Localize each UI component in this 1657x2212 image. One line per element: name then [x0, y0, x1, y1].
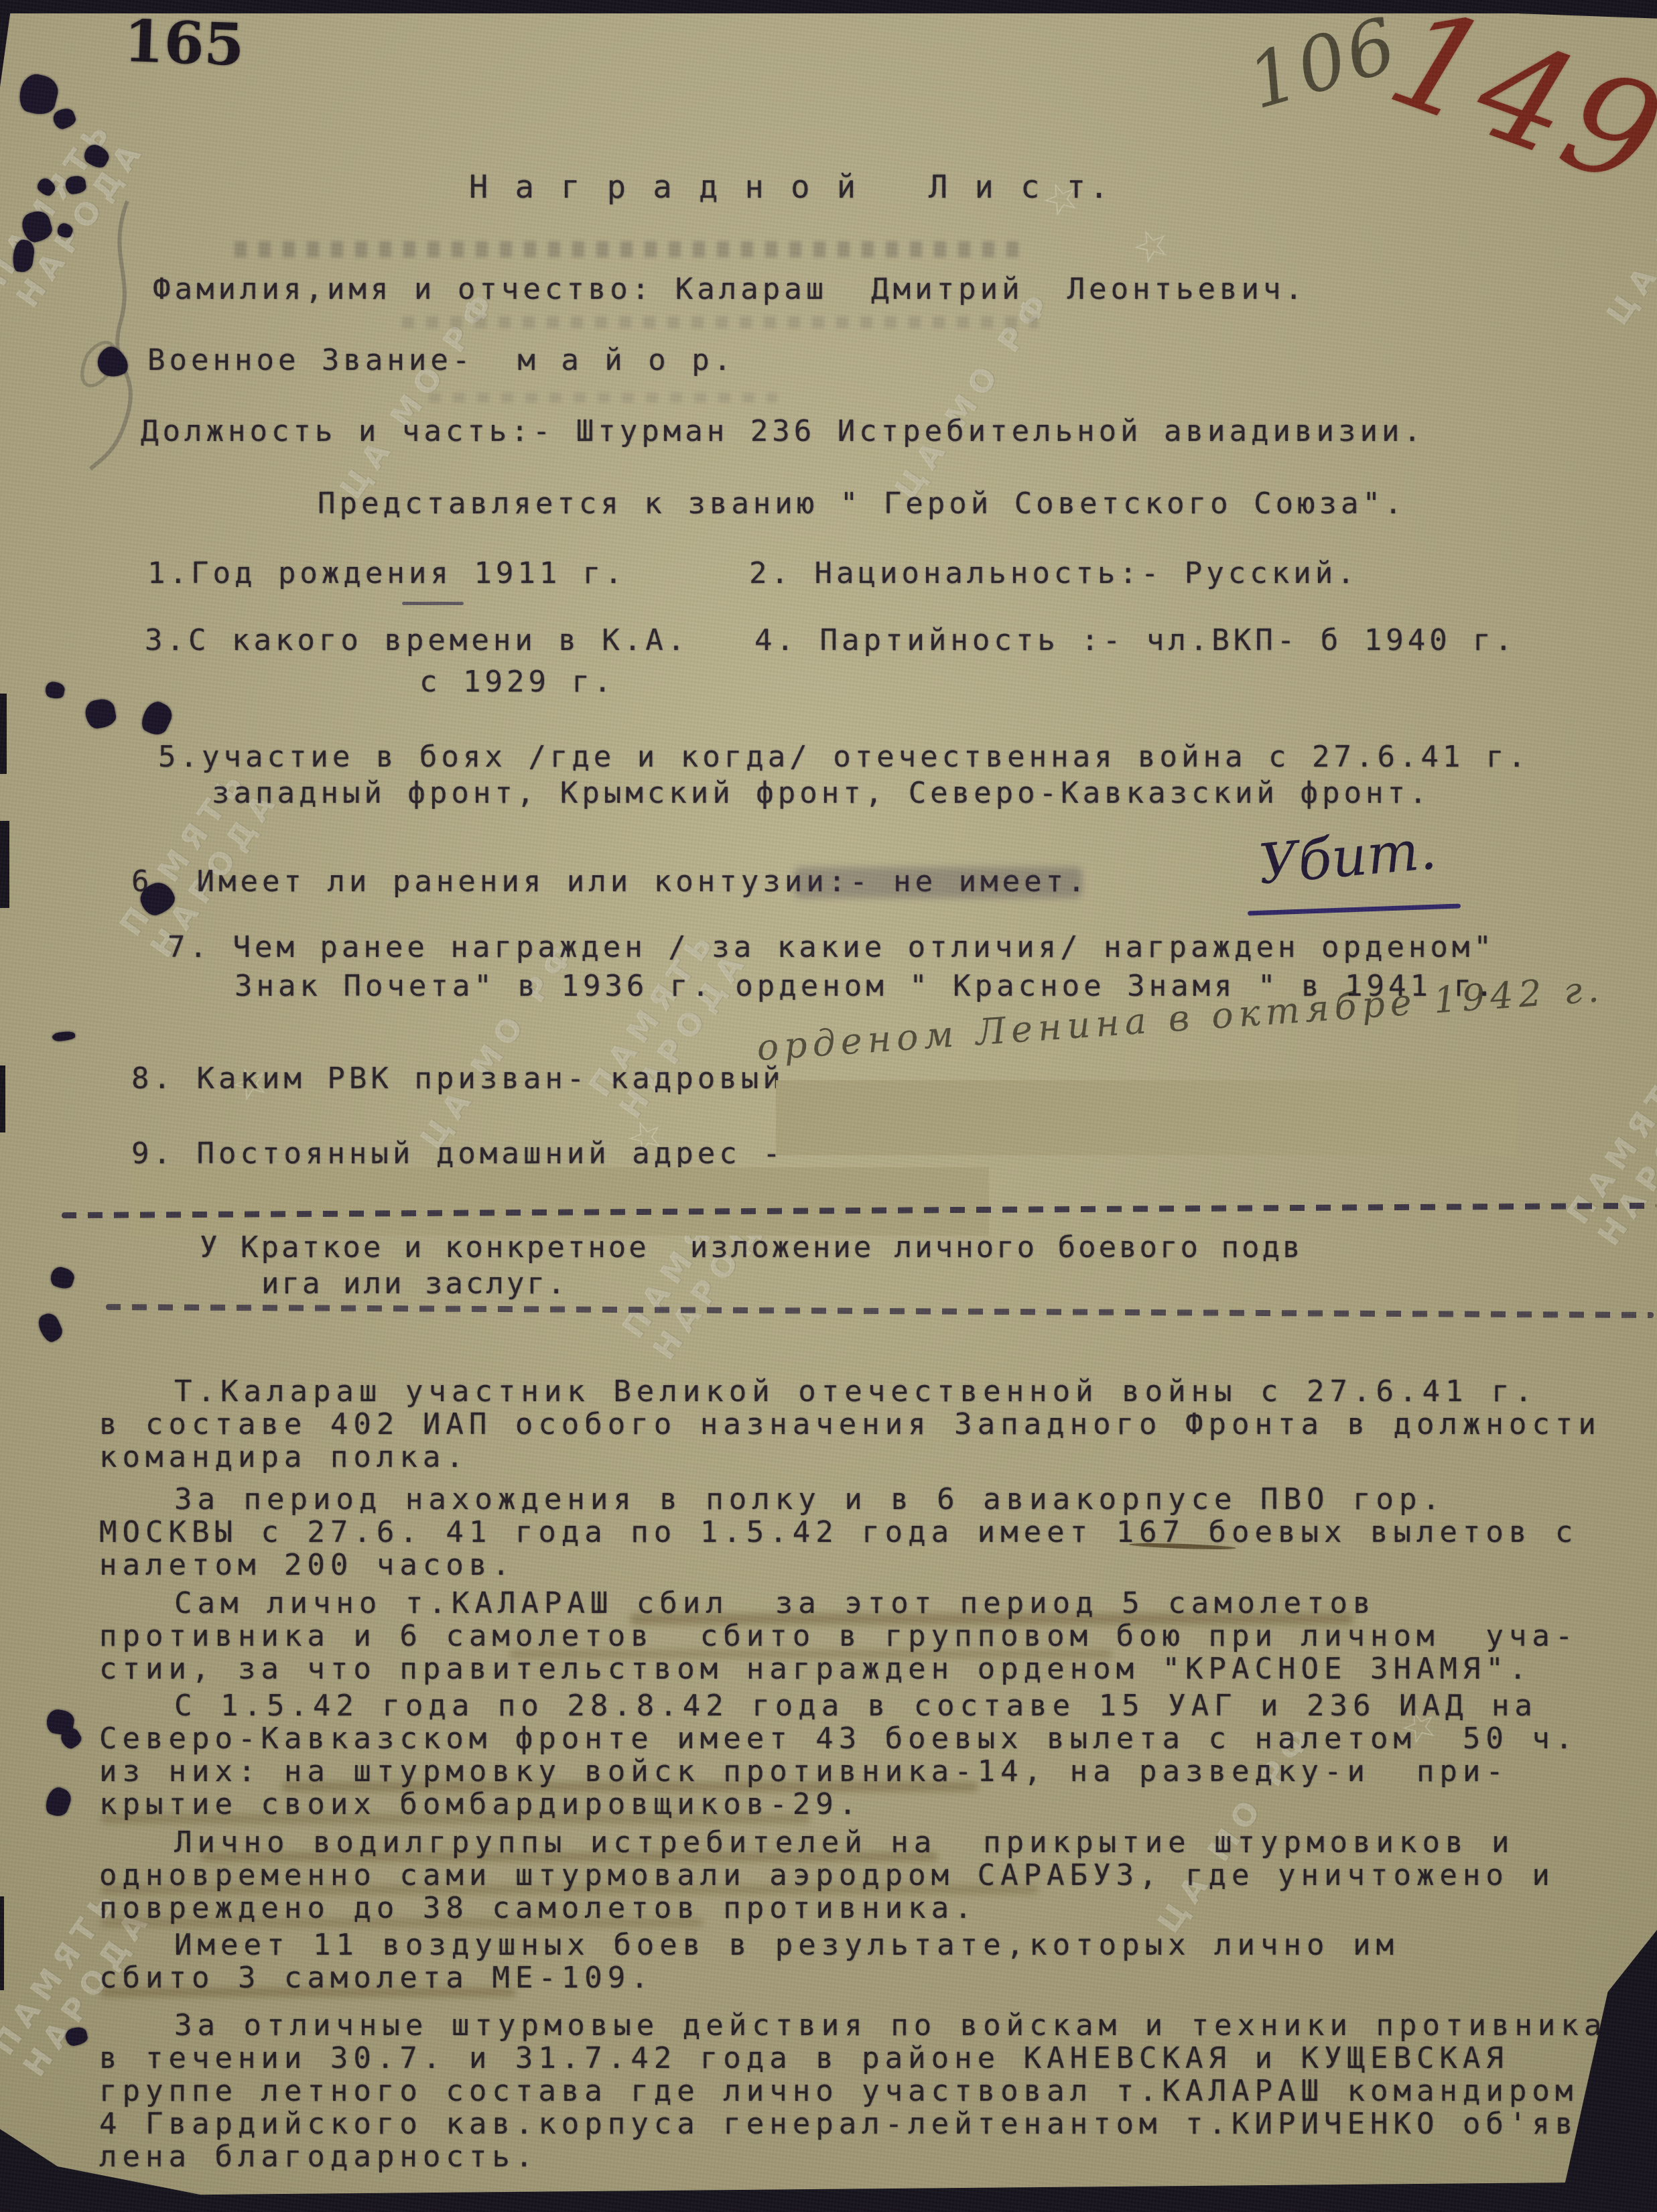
- ink-blot: [52, 1031, 75, 1041]
- redaction-patch: [776, 1080, 1516, 1155]
- scan-edge: [0, 694, 7, 774]
- body-text-line: лена благодарность.: [99, 2140, 1657, 2173]
- body-text-line: в составе 402 ИАП особого назначения Зап…: [99, 1408, 1657, 1441]
- body-text-line: МОСКВЫ с 27.6. 41 года по 1.5.42 года им…: [99, 1516, 1657, 1549]
- paper-stain: [101, 1918, 704, 1927]
- ink-blot: [51, 106, 78, 131]
- paper-stain: [101, 1988, 516, 1996]
- ink-blot: [64, 2026, 89, 2047]
- form-item-party-membership: 4. Партийность :- чл.ВКП- б 1940 г.: [754, 623, 1516, 657]
- scan-edge: [0, 1065, 5, 1132]
- form-item-drafted-by: 8. Каким РВК призван- кадровый.: [131, 1061, 806, 1096]
- body-text-line: командира полка.: [99, 1441, 1657, 1474]
- ink-underline: [1248, 903, 1461, 915]
- form-line-name: Фамилия,имя и отчество: Калараш Дмитрий …: [153, 272, 1307, 306]
- body-text-line: За отличные штурмовые действия по войска…: [99, 2009, 1657, 2042]
- faded-type-smudge: [402, 316, 1039, 328]
- red-page-number: 149: [1372, 0, 1657, 220]
- form-item-nationality: 2. Национальность:- Русский.: [749, 556, 1359, 590]
- watermark-portal: ПАМЯТЬНАРОДА: [0, 109, 153, 314]
- form-item-home-address: 9. Постоянный домашний адрес -: [131, 1136, 785, 1171]
- overstrike-smudge: [794, 867, 1082, 898]
- section-heading-line2: ига или заслуг.: [261, 1266, 568, 1301]
- scanned-award-sheet: ПАМЯТЬНАРОДА ЦА МО РФ ЦА МО РФ ЦА МО РФ …: [0, 0, 1657, 2212]
- paper-stain: [201, 1853, 938, 1861]
- ink-blot: [36, 1311, 65, 1345]
- faded-type-smudge: [429, 393, 777, 403]
- body-text-line: противника и 6 самолетов сбито в группов…: [99, 1620, 1657, 1652]
- body-text-line: в течении 30.7. и 31.7.42 года в районе …: [99, 2042, 1657, 2075]
- section-heading-line1: У Краткое и конкретное изложение личного…: [200, 1230, 1303, 1264]
- body-text-line: Имеет 11 воздушных боев в результате,кот…: [99, 1929, 1657, 1961]
- body-text-line: налетом 200 часов.: [99, 1549, 1657, 1581]
- form-line-rank: Военное Звание- м а й о р.: [147, 343, 735, 377]
- ink-blot: [48, 1264, 76, 1291]
- ink-blot: [64, 175, 86, 195]
- ink-blot: [138, 698, 176, 739]
- paper-stain: [509, 1650, 1112, 1658]
- form-line-submitted-rank: Представляется к званию " Герой Советско…: [318, 486, 1406, 521]
- ink-blot: [81, 141, 112, 171]
- form-item-in-red-army-since-value: с 1929 г.: [419, 665, 615, 699]
- document-title: Н а г р а д н о й Л и с т.: [469, 169, 1112, 206]
- paper-stain: [281, 1782, 978, 1791]
- ink-blot: [92, 342, 132, 383]
- ink-blot: [43, 1784, 74, 1819]
- form-item-combat-participation: 5.участие в боях /где и когда/ отечестве…: [158, 740, 1530, 774]
- form-item-combat-participation-fronts: западный фронт, Крымский фронт, Северо-К…: [212, 776, 1431, 810]
- watermark-portal: ПАМЯТЬНАРОДА: [1559, 1047, 1657, 1252]
- body-text-line: За период нахождения в полку и в 6 авиак…: [99, 1483, 1657, 1516]
- ink-blot: [16, 71, 61, 118]
- dashed-separator: [106, 1304, 1654, 1318]
- combat-record-text: Т.Калараш участник Великой отечественной…: [99, 1375, 1657, 2173]
- form-item-birth-year: 1.Год рождения 1911 г.: [147, 556, 626, 590]
- scan-edge: [0, 821, 9, 908]
- paper-stain: [630, 1614, 1353, 1624]
- body-text-line: Т.Калараш участник Великой отечественной…: [99, 1375, 1657, 1408]
- page-number-stamp: 165: [123, 7, 245, 79]
- body-text-line: группе летного состава где лично участво…: [99, 2075, 1657, 2107]
- watermark-archive: ЦА МО РФ: [888, 281, 1060, 505]
- watermark-portal-line2: НАРОДА: [1591, 1069, 1657, 1252]
- scan-edge: [0, 0, 1657, 13]
- ink-blot: [56, 222, 74, 240]
- paper-stain: [101, 1815, 811, 1823]
- star-watermark-icon: ☆: [1124, 216, 1179, 276]
- form-line-position: Должность и часть:- Штурман 236 Истребит…: [141, 414, 1425, 448]
- ink-blot: [44, 680, 66, 700]
- body-text-line: С 1.5.42 года по 28.8.42 года в составе …: [99, 1689, 1657, 1722]
- redaction-patch: [131, 1167, 989, 1236]
- ink-blot: [19, 208, 55, 245]
- form-item-in-red-army-since: 3.С какого времени в К.А.: [145, 623, 689, 657]
- paper-stain: [101, 1886, 1039, 1894]
- form-item-previous-awards: 7. Чем ранее награжден / за какие отличи…: [168, 930, 1496, 964]
- body-text-line: 4 Гвардийского кав.корпуса генерал-лейте…: [99, 2107, 1657, 2140]
- faded-type-smudge: [235, 241, 1018, 257]
- ink-blot: [84, 697, 118, 730]
- ink-blot: [35, 176, 58, 198]
- watermark-archive: ЦА МО РФ: [413, 931, 586, 1155]
- body-text-line: Северо-Кавказском фронте имеет 43 боевых…: [99, 1722, 1657, 1755]
- handwritten-killed-note: Убит.: [1256, 818, 1439, 897]
- scan-edge: [0, 1896, 4, 1990]
- ink-blot: [11, 239, 36, 273]
- type-underline: [402, 602, 464, 605]
